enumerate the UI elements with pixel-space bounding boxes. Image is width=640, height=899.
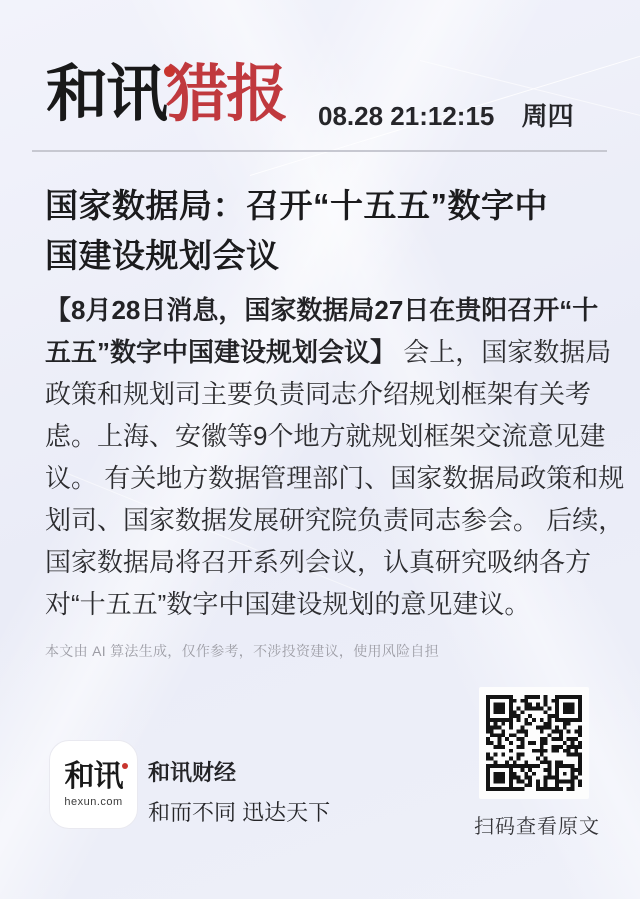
header-divider (32, 150, 607, 152)
body-line: 议。 有关地方数据管理部门、国家数据局政策和规 (45, 457, 610, 499)
logo-red-dot (122, 763, 128, 769)
body-line: 五五”数字中国建设规划会议】 会上，国家数据局 (45, 331, 610, 373)
body-line: 对“十五五”数字中国建设规划的意见建议。 (45, 583, 610, 625)
qr-code-pattern (486, 695, 582, 791)
brand-slogan: 和而不同 迅达天下 (148, 796, 330, 827)
body-line: 划司、国家数据发展研究院负责同志参会。 后续， (45, 499, 610, 541)
timestamp-time: 08.28 21:12:15 (318, 101, 494, 131)
qr-caption: 扫码查看原文 (474, 810, 596, 839)
body-line: 虑。上海、安徽等9个地方就规划框架交流意见建 (45, 415, 610, 457)
body-line: 【8月28日消息，国家数据局27日在贵阳召开“十 (45, 289, 610, 331)
brand-logo-liebao: 猎报 (166, 60, 286, 129)
brand-logo: 和讯猎报 (46, 62, 286, 128)
article-title-line: 国家数据局：召开“十五五”数字中 (45, 181, 605, 231)
article-title: 国家数据局：召开“十五五”数字中 国建设规划会议 (45, 181, 605, 281)
body-line: 国家数据局将召开系列会议，认真研究吸纳各方 (45, 541, 610, 583)
hexun-app-logo: 和讯 (65, 761, 123, 793)
qr-code (479, 687, 589, 799)
article-body: 【8月28日消息，国家数据局27日在贵阳召开“十五五”数字中国建设规划会议】 会… (45, 289, 610, 625)
logo-red-dot (164, 66, 175, 77)
hexun-app-logo-card: 和讯 hexun.com (49, 740, 138, 829)
ai-disclaimer: 本文由 AI 算法生成，仅作参考，不涉投资建议，使用风险自担 (45, 641, 439, 661)
body-line: 政策和规划司主要负责同志介绍规划框架有关考 (45, 373, 610, 415)
timestamp: 08.28 21:12:15 周四 (318, 96, 574, 133)
app-name: 和讯财经 (148, 756, 236, 787)
article-title-line: 国建设规划会议 (45, 231, 605, 281)
news-card: 和讯猎报 08.28 21:12:15 周四 国家数据局：召开“十五五”数字中 … (0, 0, 640, 899)
timestamp-weekday: 周四 (522, 101, 574, 131)
brand-logo-hexun: 和讯 (46, 60, 166, 129)
hexun-domain: hexun.com (64, 796, 122, 808)
